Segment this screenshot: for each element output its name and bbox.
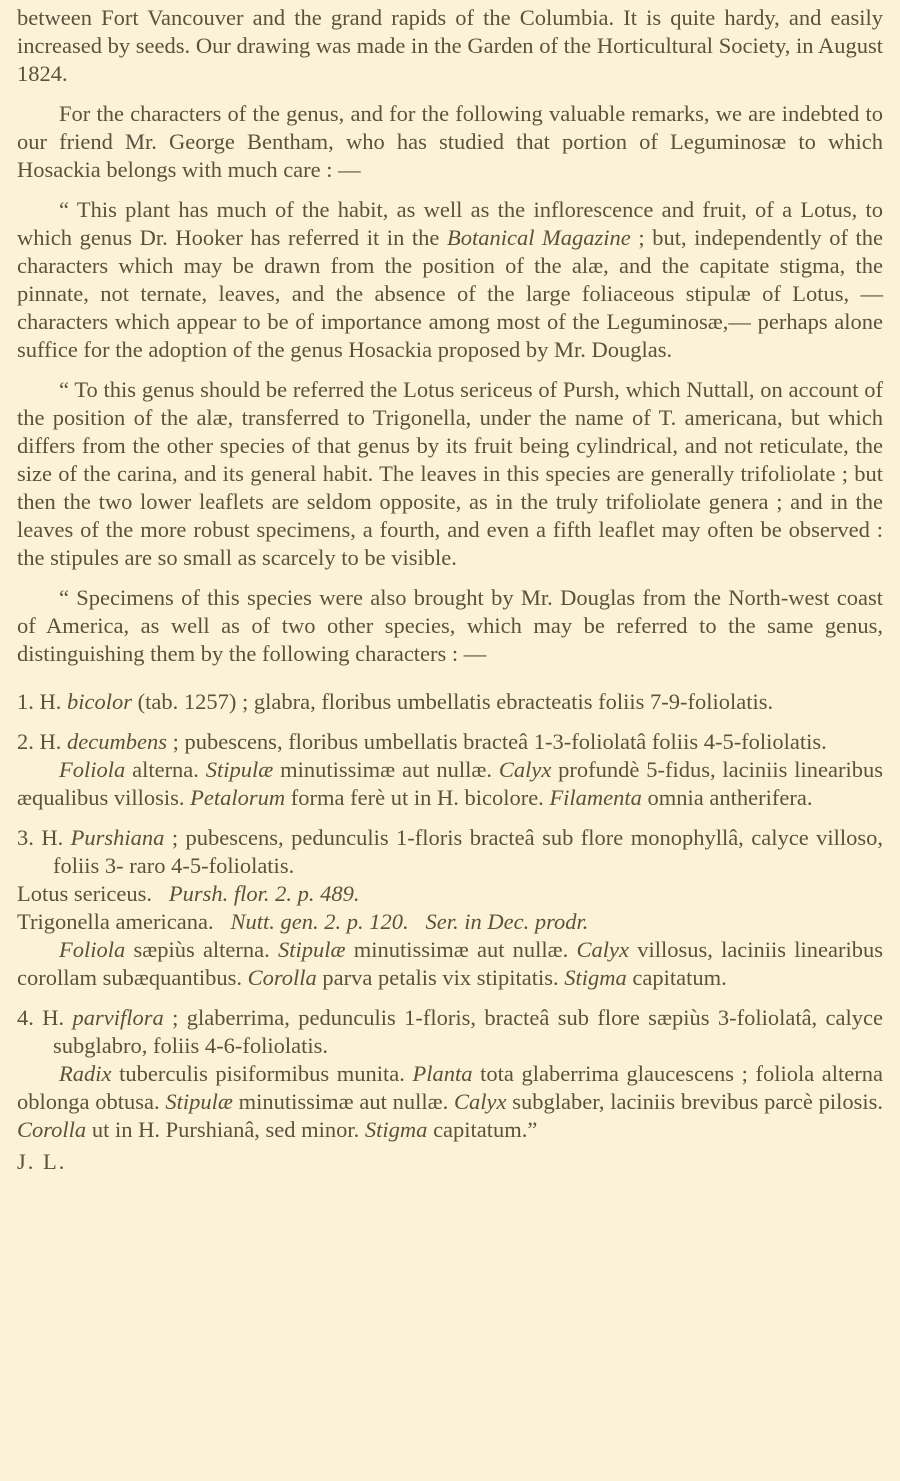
species-number: 2. <box>17 729 34 754</box>
term-text: alterna. <box>125 757 206 782</box>
quote-paragraph-habit: “ This plant has much of the habit, as w… <box>17 196 883 364</box>
term: Stigma <box>564 965 627 990</box>
term-text: forma ferè ut in H. bicolore. <box>285 785 549 810</box>
quote-paragraph-specimens: “ Specimens of this species were also br… <box>17 584 883 668</box>
term: Foliola <box>59 937 125 962</box>
species-genus: H. <box>41 825 63 850</box>
quote-paragraph-lotus-sericeus: “ To this genus should be referred the L… <box>17 376 883 572</box>
term: Filamenta <box>549 785 641 810</box>
term: Stipulæ <box>165 1089 233 1114</box>
synonym-line: Lotus sericeus. Pursh. flor. 2. p. 489. <box>17 880 883 908</box>
term: Radix <box>59 1061 111 1086</box>
species-name: bicolor <box>67 689 132 714</box>
term: Stipulæ <box>278 937 346 962</box>
document-page: between Fort Vancouver and the grand rap… <box>0 0 900 1176</box>
species-diagnosis: 3. H. Purshiana ; pubescens, pedunculis … <box>17 824 883 880</box>
species-entry-decumbens: 2. H. decumbens ; pubescens, floribus um… <box>17 728 883 812</box>
term: Petalorum <box>190 785 285 810</box>
synonym-name: Lotus sericeus. <box>17 881 152 906</box>
term-text: omnia antherifera. <box>642 785 813 810</box>
term: Stipulæ <box>206 757 274 782</box>
synonym-reference: Nutt. gen. 2. p. 120. <box>230 909 408 934</box>
species-entry-parviflora: 4. H. parviflora ; glaberrima, pedunculi… <box>17 1004 883 1144</box>
species-diagnosis: 1. H. bicolor (tab. 1257) ; glabra, flor… <box>17 688 883 716</box>
term-text: sæpiùs alterna. <box>125 937 278 962</box>
species-name: parviflora <box>73 1005 164 1030</box>
species-diagnosis-text: ; pubescens, floribus umbellatis bracteâ… <box>167 729 827 754</box>
species-number: 1. <box>17 689 34 714</box>
species-diagnosis: 2. H. decumbens ; pubescens, floribus um… <box>17 728 883 756</box>
species-diagnosis: 4. H. parviflora ; glaberrima, pedunculi… <box>17 1004 883 1060</box>
term-text: capitatum.” <box>427 1117 537 1142</box>
intro-paragraph: between Fort Vancouver and the grand rap… <box>17 4 883 88</box>
term: Calyx <box>499 757 551 782</box>
term-text: subglaber, laciniis brevibus parcè pilos… <box>507 1089 884 1114</box>
species-diagnosis-text: (tab. 1257) ; glabra, floribus umbellati… <box>132 689 773 714</box>
species-genus: H. <box>40 689 62 714</box>
term-text: capitatum. <box>627 965 727 990</box>
species-number: 3. <box>17 825 34 850</box>
synonym-name: Trigonella americana. <box>17 909 214 934</box>
term-text: minutissimæ aut nullæ. <box>233 1089 454 1114</box>
species-entry-purshiana: 3. H. Purshiana ; pubescens, pedunculis … <box>17 824 883 992</box>
species-diagnosis-text: ; pubescens, pedunculis 1-floris bracteâ… <box>53 825 883 878</box>
term: Stigma <box>365 1117 428 1142</box>
term: Corolla <box>17 1117 86 1142</box>
term-text: ut in H. Purshianâ, sed minor. <box>86 1117 365 1142</box>
species-number: 4. <box>17 1005 34 1030</box>
species-description: Radix tuberculis pisiformibus munita. Pl… <box>17 1060 883 1144</box>
species-description: Foliola alterna. Stipulæ minutissimæ aut… <box>17 756 883 812</box>
term-text: parva petalis vix stipitatis. <box>317 965 564 990</box>
species-name: decumbens <box>67 729 167 754</box>
term-text: minutissimæ aut nullæ. <box>346 937 577 962</box>
term: Calyx <box>454 1089 506 1114</box>
acknowledgement-paragraph: For the characters of the genus, and for… <box>17 100 883 184</box>
species-name: Purshiana <box>71 825 165 850</box>
synonym-reference: Pursh. flor. 2. p. 489. <box>169 881 360 906</box>
term: Calyx <box>577 937 629 962</box>
synonym-line: Trigonella americana. Nutt. gen. 2. p. 1… <box>17 908 883 936</box>
term: Corolla <box>248 965 317 990</box>
term-text: minutissimæ aut nullæ. <box>273 757 499 782</box>
species-genus: H. <box>42 1005 64 1030</box>
term: Foliola <box>59 757 125 782</box>
species-diagnosis-text: ; glaberrima, pedunculis 1-floris, bract… <box>53 1005 883 1058</box>
term: Planta <box>413 1061 473 1086</box>
journal-title: Botanical Magazine <box>447 225 631 250</box>
species-entry-bicolor: 1. H. bicolor (tab. 1257) ; glabra, flor… <box>17 688 883 716</box>
synonym-reference: Ser. in Dec. prodr. <box>425 909 588 934</box>
species-description: Foliola sæpiùs alterna. Stipulæ minutiss… <box>17 936 883 992</box>
species-genus: H. <box>40 729 62 754</box>
term-text: tuberculis pisiformibus munita. <box>111 1061 412 1086</box>
author-signature: J. L. <box>17 1148 883 1176</box>
